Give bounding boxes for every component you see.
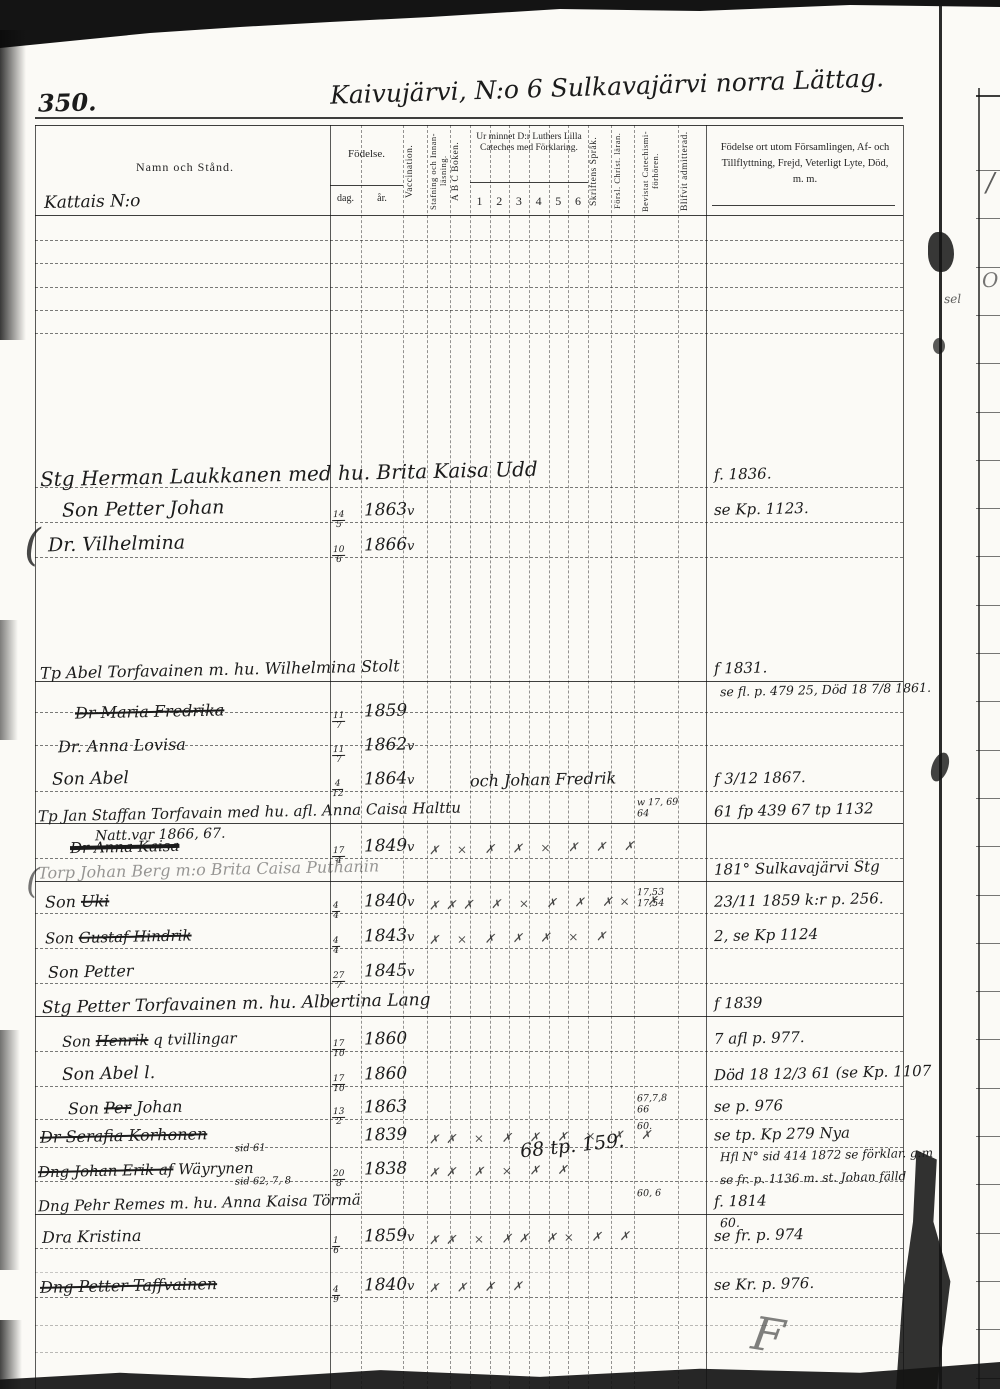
column-rule (470, 125, 471, 1389)
entry-vaccination-mark: v (407, 1230, 415, 1245)
entry-birth-year: 1866 (364, 535, 408, 556)
entry-birth-year: 1843 (364, 926, 408, 947)
column-rule (509, 125, 510, 1389)
entry-name: Son Abel l. (62, 1063, 156, 1085)
column-rule (706, 125, 707, 1389)
row-rule (35, 823, 903, 824)
next-page-row-line (976, 1233, 1000, 1234)
entry-name: Dra Kristina (42, 1226, 142, 1247)
entry-name-text: Dng Petter Taffvainen (40, 1274, 217, 1297)
entry-remark: f. 1814 (714, 1191, 767, 1210)
binding-gutter-line (939, 0, 942, 1389)
entry-birth-year: 1839 (364, 1125, 408, 1146)
next-page-row-line (976, 218, 1000, 219)
entry-birth-day: 44 (332, 893, 340, 921)
next-page-row-line (976, 798, 1000, 799)
entry-remark: 181° Sulkavajärvi Stg (714, 857, 880, 878)
row-rule (35, 333, 903, 334)
column-header-blifvit: Blifvit admitterad. (680, 128, 704, 214)
entry-name-text: Son Abel l. (62, 1063, 156, 1085)
edge-fragment-o: O (982, 268, 999, 292)
entry-remark: 23/11 1859 k:r p. 256. (714, 889, 884, 911)
row-rule (35, 948, 903, 949)
entry-name-text: Uki (81, 891, 110, 911)
page-number: 350. (38, 87, 97, 117)
entry-birth-day: 1710 (332, 1031, 346, 1059)
column-rule (903, 125, 904, 1389)
entry-birth-day: 132 (332, 1099, 346, 1127)
entry-bevistat-note: 67,7,8 66 (637, 1093, 668, 1116)
entry-remark: f 1839 (714, 993, 763, 1012)
next-page-row-line (976, 1184, 1000, 1185)
entry-remark: f. 1836. (714, 464, 772, 483)
column-header-abc: A B C Boken. (451, 130, 470, 212)
cateches-grade-label: 2 (490, 194, 509, 209)
entry-name: Son Petter Johan (62, 496, 225, 521)
entry-vaccination-mark: v (407, 739, 415, 754)
row-rule (35, 1272, 903, 1273)
row-rule (35, 881, 903, 882)
entry-inline-note: och Johan Fredrik (470, 768, 617, 790)
column-rule (529, 125, 530, 1389)
next-page-row-line (976, 508, 1000, 509)
entry-remark: 61 fp 439 67 tp 1132 (714, 799, 874, 820)
next-page-row-line (976, 556, 1000, 557)
entry-name-text: Dr. Vilhelmina (48, 532, 186, 557)
entry-name: Son Gustaf Hindrik (45, 926, 192, 947)
column-rule (35, 125, 36, 1389)
row-rule (35, 557, 903, 558)
row-rule (35, 287, 903, 288)
entry-name-text: Gustaf Hindrik (79, 926, 192, 946)
entry-birth-day: 106 (332, 537, 346, 565)
entry-remark: se fr. p. 974 (714, 1225, 804, 1245)
entry-birth-year: 1849 (364, 836, 408, 857)
entry-name-text: Dr Anna Kaisa (70, 837, 180, 857)
entry-name: Son Petter (48, 961, 134, 982)
entry-name: Dr Anna Kaisa (70, 837, 180, 857)
row-rule (35, 1147, 903, 1148)
next-page-row-line (976, 363, 1000, 364)
next-page-edge-rule (978, 88, 980, 1389)
row-rule (35, 240, 903, 241)
entry-name-text: Son (68, 1098, 104, 1118)
margin-paren-1: ( (23, 520, 41, 571)
entry-bevistat-note: w 17, 69 64 (637, 797, 679, 820)
entry-name-text: Per (104, 1098, 132, 1118)
entry-marginal-note: sid 61 (235, 1143, 266, 1155)
row-rule (35, 681, 903, 682)
entry-name: Dr. Anna Lovisa (58, 735, 186, 757)
row-rule (35, 125, 903, 126)
row-rule (35, 1051, 903, 1052)
entry-cateches-marks: ✗ ✗ ✗ ✗ (429, 1279, 530, 1295)
row-rule (35, 1016, 903, 1017)
entry-birth-year: 1862 (364, 735, 408, 756)
entry-name-text: q tvillingar (148, 1029, 237, 1049)
row-rule (35, 791, 903, 792)
entry-birth-year: 1840 (364, 891, 408, 912)
next-page-row-line (976, 1281, 1000, 1282)
row-rule (35, 310, 903, 311)
row-rule (35, 1297, 903, 1298)
entry-name: Son Per Johan (68, 1097, 183, 1118)
next-page-top-rule (976, 95, 1000, 97)
row-rule (35, 1352, 903, 1353)
entry-remark: f 1831. (714, 658, 768, 677)
column-rule (611, 125, 612, 1389)
entry-birth-year: 1860 (364, 1064, 408, 1085)
entry-remark: se tp. Kp 279 Nya (714, 1124, 850, 1145)
next-page-row-line (976, 1039, 1000, 1040)
entry-name-text: Johan (131, 1097, 183, 1117)
column-rule (588, 125, 589, 1389)
entry-bevistat-note: 60. (637, 1121, 652, 1132)
cateches-grade-label: 5 (549, 194, 568, 209)
entry-birth-day: 117 (332, 703, 346, 731)
cateches-grade-label: 6 (569, 194, 588, 209)
entry-birth-year: 1845 (364, 961, 408, 982)
title-underline (35, 117, 903, 119)
entry-name-text: Dr. Anna Lovisa (58, 735, 186, 757)
row-rule (35, 1325, 903, 1326)
entry-name-text: Dr Serafia Korhonen (40, 1124, 208, 1146)
entry-vaccination-mark: v (407, 773, 415, 788)
next-page-row-line (976, 701, 1000, 702)
entry-birth-year: 1840 (364, 1275, 408, 1296)
column-rule (450, 125, 451, 1389)
column-header-vaccination: Vaccination. (405, 130, 427, 212)
next-page-row-line (976, 846, 1000, 847)
entry-name-text: Dra Kristina (42, 1226, 142, 1247)
entry-vaccination-mark: v (407, 504, 415, 519)
next-page-row-line (976, 991, 1000, 992)
scanned-parish-register-page: { "page": { "number": "350.", "title": "… (0, 0, 1000, 1389)
column-header-notes: Födelse ort utom Församlingen, Af- och T… (716, 140, 894, 188)
column-header-fodelse: Födelse. (330, 148, 403, 160)
entry-vaccination-mark: v (407, 840, 415, 855)
column-rule (361, 125, 362, 1389)
row-rule (35, 1248, 903, 1249)
column-header-ar: år. (361, 193, 403, 204)
column-rule (549, 125, 550, 1389)
column-rule (427, 125, 428, 1389)
entry-birth-day: 49 (332, 1277, 340, 1305)
entry-name-text: Son Petter Johan (62, 496, 225, 521)
edge-fragment-sel: sel (944, 292, 961, 306)
entry-name-text: Dng Johan Erik af (38, 1160, 174, 1181)
row-rule (35, 983, 903, 984)
entry-vaccination-mark: v (407, 895, 415, 910)
next-page-row-line (976, 605, 1000, 606)
row-rule (330, 185, 403, 186)
entry-birth-day: 145 (332, 502, 346, 530)
column-rule (634, 125, 635, 1389)
entry-remark: se Kr. p. 976. (714, 1274, 815, 1294)
row-rule (35, 1119, 903, 1120)
column-rule (490, 125, 491, 1389)
entry-bevistat-note: 17,53 17,54 (637, 887, 665, 910)
next-page-row-line (976, 750, 1000, 751)
cateches-grade-label: 3 (509, 194, 528, 209)
column-header-forstandet: Försl. Christ. läran. (612, 128, 633, 214)
entry-birth-day: 208 (332, 1161, 346, 1189)
entry-name-text: Son (62, 1032, 96, 1051)
next-page-row-line (976, 943, 1000, 944)
entry-remark: se p. 976 (714, 1096, 783, 1115)
entry-name-text: Son Abel (52, 768, 129, 790)
column-header-stafning: Stafning och Innan-läsning. (428, 128, 450, 214)
next-page-row-line (976, 895, 1000, 896)
edge-fragment-stroke: / (986, 168, 995, 198)
entry-birth-day: 16 (332, 1228, 340, 1256)
entry-vaccination-mark: v (407, 1279, 415, 1294)
next-page-row-line (976, 653, 1000, 654)
next-page-row-line (976, 412, 1000, 413)
entry-name: Dr Maria Fredrika (75, 700, 225, 722)
torn-left-edge-top (0, 30, 26, 340)
entry-name-text: Henrik (96, 1031, 149, 1050)
entry-name: Dr. Vilhelmina (48, 532, 186, 557)
cateches-grade-label: 1 (470, 194, 489, 209)
entry-vaccination-mark: v (407, 539, 415, 554)
entry-name: Son Uki (45, 891, 110, 911)
entry-birth-day: 117 (332, 737, 346, 765)
next-page-row-line (976, 1378, 1000, 1379)
entry-remark: 2, se Kp 1124 (714, 925, 819, 945)
entry-birth-day: 44 (332, 928, 340, 956)
row-rule (35, 1086, 903, 1087)
column-header-dag: dag. (330, 193, 361, 204)
next-page-row-line (976, 1329, 1000, 1330)
entry-remark: 7 afl p. 977. (714, 1028, 805, 1048)
row-rule (470, 182, 588, 183)
entry-vaccination-mark: v (407, 965, 415, 980)
entry-birth-day: 412 (332, 771, 344, 799)
torn-left-edge-mid (0, 620, 18, 740)
column-header-bevistat: Bevistat Catechismi-förhören. (640, 128, 674, 214)
column-header-skriftens: Skriftens Språk. (589, 128, 610, 214)
entry-name-text: Son (45, 892, 81, 912)
entry-bevistat-note: 60, 6 (637, 1188, 661, 1200)
next-page-row-line (976, 1088, 1000, 1089)
torn-left-edge-low (0, 1030, 20, 1270)
row-rule (35, 215, 903, 216)
gutter-stitch-knot-1 (928, 232, 954, 272)
row-rule (35, 1214, 903, 1215)
entry-name: Son Henrik q tvillingar (62, 1029, 237, 1051)
entry-name-text: Dr Maria Fredrika (75, 700, 225, 722)
column-rule (403, 125, 404, 1389)
entry-birth-year: 1860 (364, 1029, 408, 1050)
entry-name: Son Abel (52, 768, 129, 790)
next-page-row-line (976, 315, 1000, 316)
cateches-grade-label: 4 (529, 194, 548, 209)
entry-remark: f 3/12 1867. (714, 768, 806, 788)
entry-vaccination-mark: v (407, 930, 415, 945)
column-header-namn: Namn och Stånd. (60, 160, 310, 175)
entry-birth-year: 1859 (364, 701, 408, 722)
row-rule (712, 205, 895, 206)
row-rule (35, 913, 903, 914)
entry-name: Dr Serafia Korhonen (40, 1124, 208, 1146)
entry-name-text: Son (45, 929, 79, 948)
entry-birth-year: 1864 (364, 769, 408, 790)
entry-marginal-note: sid 62, 7, 8 (235, 1175, 291, 1187)
entry-name: Dng Petter Taffvainen (40, 1274, 217, 1297)
column-rule (568, 125, 569, 1389)
row-rule (35, 522, 903, 523)
gutter-stitch-knot-3 (933, 338, 945, 354)
entry-birth-year: 1859 (364, 1226, 408, 1247)
entry-birth-year: 1863 (364, 1097, 408, 1118)
village-handwritten: Kattais N:o (44, 191, 141, 213)
entry-birth-year: 1863 (364, 500, 408, 521)
entry-remark: se Kp. 1123. (714, 499, 809, 519)
column-rule (678, 125, 679, 1389)
next-page-row-line (976, 460, 1000, 461)
entry-birth-year: 1838 (364, 1159, 408, 1180)
row-rule (35, 263, 903, 264)
entry-birth-day: 277 (332, 963, 346, 991)
next-page-row-line (976, 1136, 1000, 1137)
entry-birth-day: 1710 (332, 1066, 346, 1094)
entry-name-text: Son Petter (48, 961, 134, 982)
